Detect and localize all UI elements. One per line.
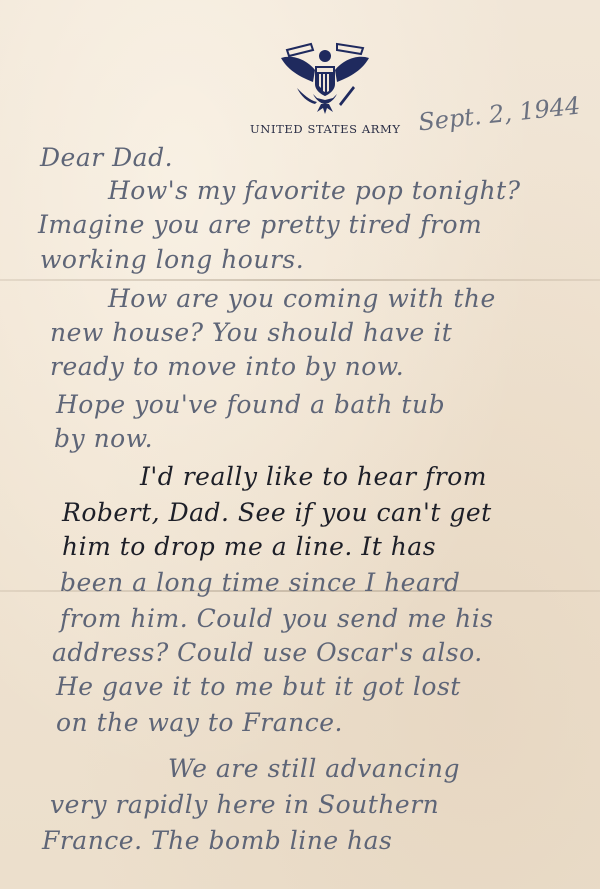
us-army-eagle-icon [277, 38, 373, 114]
salutation: Dear Dad. [40, 143, 173, 172]
letter-line: How are you coming with the [108, 284, 496, 313]
letter-line: ready to move into by now. [50, 352, 404, 381]
letter-line: very rapidly here in Southern [50, 790, 439, 819]
letter-line: him to drop me a line. It has [62, 532, 436, 561]
letter-line: been a long time since I heard [60, 568, 460, 597]
letter-line: How's my favorite pop tonight? [108, 176, 521, 205]
letter-line: on the way to France. [56, 708, 343, 737]
letter-date: Sept. 2, 1944 [417, 92, 582, 137]
letter-line: address? Could use Oscar's also. [52, 638, 483, 667]
letter-line: We are still advancing [168, 754, 460, 783]
letter-line: France. The bomb line has [42, 826, 392, 855]
letter-line: by now. [54, 424, 153, 453]
letter-line: from him. Could you send me his [60, 604, 494, 633]
letter-line: I'd really like to hear from [140, 462, 487, 491]
letterhead: UNITED STATES ARMY [250, 38, 400, 136]
paper-fold-line [0, 279, 600, 281]
letter-page: UNITED STATES ARMY Sept. 2, 1944 Dear Da… [0, 0, 600, 889]
letter-line: Hope you've found a bath tub [56, 390, 445, 419]
letterhead-title: UNITED STATES ARMY [250, 122, 400, 136]
letter-line: Robert, Dad. See if you can't get [62, 498, 492, 527]
letter-line: Imagine you are pretty tired from [38, 210, 482, 239]
letter-line: He gave it to me but it got lost [56, 672, 461, 701]
letter-line: new house? You should have it [50, 318, 452, 347]
letter-line: working long hours. [40, 245, 304, 274]
